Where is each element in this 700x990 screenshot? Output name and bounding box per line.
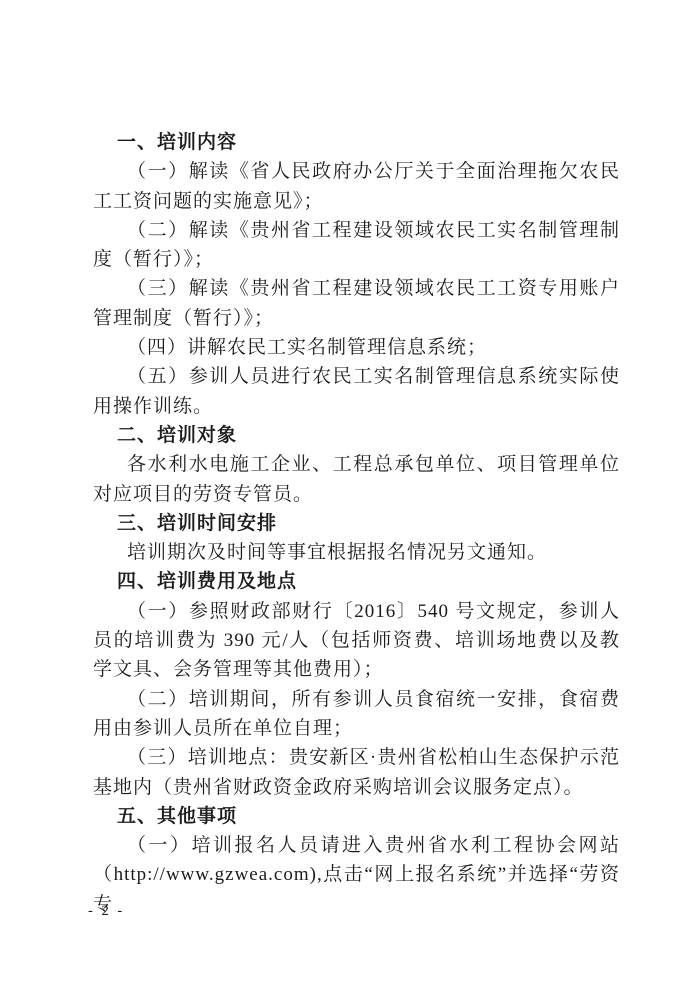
section-heading-2: 二、培训对象 xyxy=(93,421,620,450)
section-heading-5: 五、其他事项 xyxy=(93,802,620,831)
document-page: 一、培训内容 （一）解读《省人民政府办公厅关于全面治理拖欠农民工工资问题的实施意… xyxy=(0,0,700,990)
paragraph: （一）参照财政部财行〔2016〕540 号文规定，参训人员的培训费为 390 元… xyxy=(93,597,620,685)
paragraph: （一）解读《省人民政府办公厅关于全面治理拖欠农民工工资问题的实施意见》； xyxy=(93,157,620,216)
document-body: 一、培训内容 （一）解读《省人民政府办公厅关于全面治理拖欠农民工工资问题的实施意… xyxy=(93,128,620,919)
paragraph: （三）解读《贵州省工程建设领域农民工工资专用账户管理制度（暂行）》； xyxy=(93,274,620,333)
paragraph: （三）培训地点：贵安新区·贵州省松柏山生态保护示范基地内（贵州省财政资金政府采购… xyxy=(93,743,620,802)
paragraph: 各水利水电施工企业、工程总承包单位、项目管理单位对应项目的劳资专管员。 xyxy=(93,450,620,509)
paragraph: 培训期次及时间等事宜根据报名情况另文通知。 xyxy=(93,538,620,567)
paragraph: （二）解读《贵州省工程建设领域农民工实名制管理制度（暂行）》； xyxy=(93,216,620,275)
paragraph: （五）参训人员进行农民工实名制管理信息系统实际使用操作训练。 xyxy=(93,362,620,421)
paragraph: （一）培训报名人员请进入贵州省水利工程协会网站（http://www.gzwea… xyxy=(93,831,620,919)
section-heading-4: 四、培训费用及地点 xyxy=(93,567,620,596)
section-heading-1: 一、培训内容 xyxy=(93,128,620,157)
paragraph: （四）讲解农民工实名制管理信息系统； xyxy=(93,333,620,362)
paragraph: （二）培训期间，所有参训人员食宿统一安排，食宿费用由参训人员所在单位自理； xyxy=(93,685,620,744)
section-heading-3: 三、培训时间安排 xyxy=(93,509,620,538)
page-number: - 2 - xyxy=(88,903,125,920)
